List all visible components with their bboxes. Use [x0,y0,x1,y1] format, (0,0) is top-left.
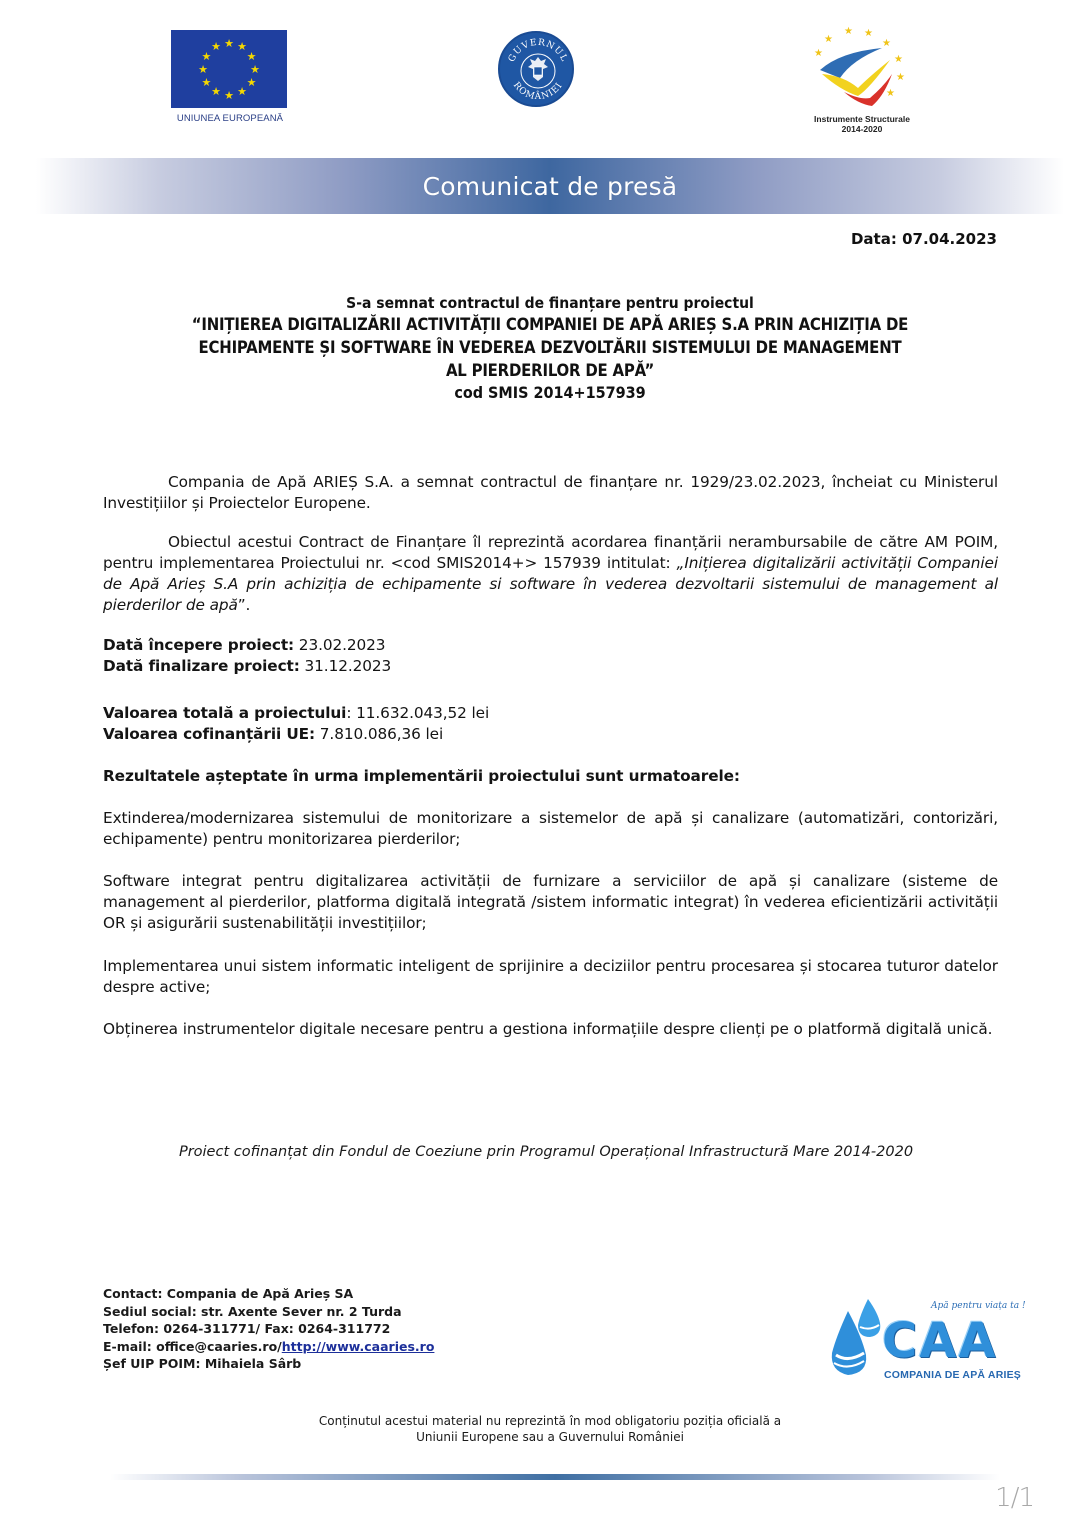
cofinancing-note: Proiect cofinanțat din Fondul de Coeziun… [0,1144,1080,1160]
structural-instruments-caption-line2: 2014-2020 [800,124,924,134]
title-main-line-3: AL PIERDERILOR DE APĂ” [100,359,1000,382]
caa-tagline: Apă pentru viața ta ! [931,1301,1026,1311]
svg-text:★: ★ [886,88,895,99]
eu-caption: UNIUNEA EUROPEANĂ [170,113,290,124]
eu-star-icon: ★ [246,77,257,88]
project-values: Valoarea totală a proiectului: 11.632.04… [103,703,998,745]
disclaimer: Conținutul acestui material nu reprezint… [0,1413,1080,1445]
eu-flag-icon: ★★★★★★★★★★★★ [171,30,287,108]
eu-logo: ★★★★★★★★★★★★ UNIUNEA EUROPEANĂ [170,30,290,124]
result-item: Extinderea/modernizarea sistemului de mo… [103,808,998,850]
svg-text:★: ★ [896,72,905,83]
eu-value-row: Valoarea cofinanțării UE: 7.810.086,36 l… [103,724,998,745]
result-item: Software integrat pentru digitalizarea a… [103,871,998,934]
project-dates: Dată începere proiect: 23.02.2023 Dată f… [103,635,998,677]
press-release-banner: Comunicat de presă [36,158,1064,214]
structural-instruments-caption: Instrumente Structurale 2014-2020 [800,114,924,134]
structural-instruments-icon: ★★★ ★★★ ★★ [800,26,924,112]
eu-value: 7.810.086,36 lei [315,725,443,743]
end-date-row: Dată finalizare proiect: 31.12.2023 [103,656,998,677]
svg-text:★: ★ [824,34,833,45]
eu-star-icon: ★ [224,38,235,49]
contact-phone: Telefon: 0264-311771/ Fax: 0264-311772 [103,1320,434,1338]
seal-bottom-text: ROMÂNIEI [511,81,565,103]
romanian-government-logo: GUVERNUL ROMÂNIEI [498,31,574,107]
caa-logo: Apă pentru viața ta ! CAA COMPANIA DE AP… [826,1297,1036,1387]
eu-star-icon: ★ [237,86,248,97]
release-date: Data: 07.04.2023 [851,230,997,248]
end-date-value: 31.12.2023 [300,657,391,675]
start-date-row: Dată începere proiect: 23.02.2023 [103,635,998,656]
document-title: S-a semnat contractul de finanțare pentr… [100,294,1000,404]
eu-star-icon: ★ [211,86,222,97]
eu-value-label: Valoarea cofinanțării UE: [103,725,315,743]
svg-text:★: ★ [814,48,823,59]
date-value: 07.04.2023 [902,230,997,248]
result-item: Implementarea unui sistem informatic int… [103,956,998,998]
total-value-label: Valoarea totală a proiectului [103,704,346,722]
svg-text:★: ★ [894,54,903,65]
end-date-label: Dată finalizare proiect: [103,657,300,675]
website-link[interactable]: http://www.caaries.ro [282,1339,435,1354]
structural-instruments-caption-line1: Instrumente Structurale [800,114,924,124]
total-value: : 11.632.043,52 lei [346,704,489,722]
eu-star-icon: ★ [211,41,222,52]
contact-email-row: E-mail: office@caaries.ro/http://www.caa… [103,1338,434,1356]
objective-suffix: ”. [238,596,251,614]
results-heading: Rezultatele așteptate în urma implementă… [103,766,998,787]
caa-company-name: COMPANIA DE APĂ ARIEȘ [884,1369,1021,1381]
structural-instruments-logo: ★★★ ★★★ ★★ Instrumente Structurale 2014-… [800,26,924,134]
caa-letters: CAA [882,1317,998,1365]
result-item: Obținerea instrumentelor digitale necesa… [103,1019,998,1040]
title-main-line-1: “INIȚIEREA DIGITALIZĂRII ACTIVITĂȚII COM… [100,313,1000,336]
title-subtitle: S-a semnat contractul de finanțare pentr… [100,294,1000,313]
bottom-divider [110,1474,1000,1480]
svg-text:★: ★ [844,26,853,37]
title-smis-code: cod SMIS 2014+157939 [100,382,1000,404]
start-date-label: Dată începere proiect: [103,636,294,654]
disclaimer-line-2: Uniunii Europene sau a Guvernului Români… [0,1429,1080,1445]
title-main-line-2: ECHIPAMENTE ȘI SOFTWARE ÎN VEDEREA DEZVO… [100,336,1000,359]
romanian-government-seal-icon: GUVERNUL ROMÂNIEI [498,31,574,107]
paragraph-objective: Obiectul acestui Contract de Finanțare î… [103,532,998,616]
banner-title: Comunicat de presă [423,172,678,201]
eu-star-icon: ★ [201,77,212,88]
page-indicator: 1/1 [995,1483,1034,1513]
svg-text:★: ★ [882,38,891,49]
total-value-row: Valoarea totală a proiectului: 11.632.04… [103,703,998,724]
date-label: Data: [851,230,897,248]
eu-star-icon: ★ [198,64,209,75]
contact-email: E-mail: office@caaries.ro/ [103,1339,282,1354]
start-date-value: 23.02.2023 [294,636,385,654]
contact-block: Contact: Compania de Apă Arieș SA Sediul… [103,1285,434,1373]
disclaimer-line-1: Conținutul acestui material nu reprezint… [0,1413,1080,1429]
contact-company: Contact: Compania de Apă Arieș SA [103,1285,434,1303]
water-drops-icon [828,1297,888,1377]
eu-star-icon: ★ [224,90,235,101]
paragraph-contract: Compania de Apă ARIEȘ S.A. a semnat cont… [103,472,998,514]
svg-text:ROMÂNIEI: ROMÂNIEI [511,81,565,103]
eu-star-icon: ★ [250,64,261,75]
svg-text:★: ★ [864,28,873,39]
contact-address: Sediul social: str. Axente Sever nr. 2 T… [103,1303,434,1321]
eu-star-icon: ★ [246,51,257,62]
contact-uip-head: Șef UIP POIM: Mihaiela Sârb [103,1355,434,1373]
